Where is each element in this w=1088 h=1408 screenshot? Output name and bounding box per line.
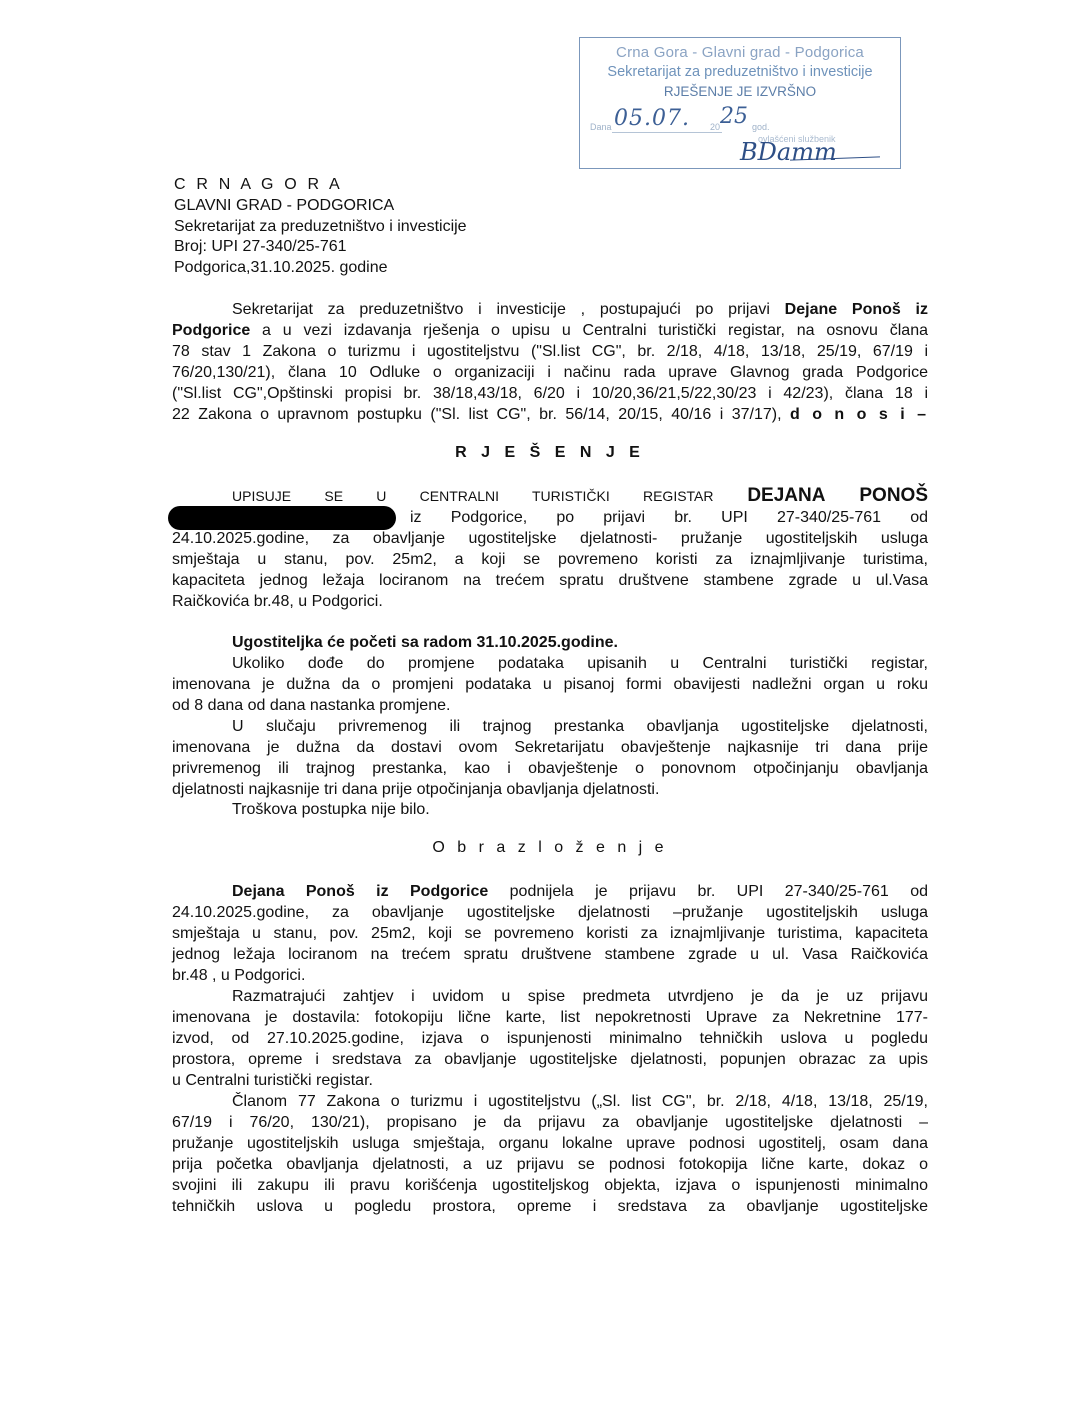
decision-line-6: Raičkovića br.48, u Podgorici.: [172, 592, 928, 612]
reasoning-p3-line-1: Članom 77 Zakona o turizmu i ugostiteljs…: [232, 1092, 928, 1112]
change-line-3: od 8 dana od dana nastanka promjene.: [172, 696, 928, 716]
header-country: C R N A G O R A: [174, 175, 343, 195]
reasoning-p2-line-5: u Centralni turistički registar.: [172, 1071, 928, 1091]
stamp-dana-label: Dana: [590, 122, 612, 132]
reasoning-p1-line-2: 24.10.2025.godine, za obavljanje ugostit…: [172, 903, 928, 923]
stamp-date-underline: [612, 132, 722, 133]
reasoning-p3-line-3: pružanje ugostiteljskih usluga smještaja…: [172, 1134, 928, 1154]
intro-line-5: ("Sl.list CG",Opštinski propisi br. 38/1…: [172, 384, 928, 404]
reasoning-p2-line-1: Razmatrajući zahtjev i uvidom u spise pr…: [232, 987, 928, 1007]
header-place-date: Podgorica,31.10.2025. godine: [174, 258, 388, 278]
intro-line-4: 76/20,130/21), člana 10 Odluke o organiz…: [172, 363, 928, 383]
intro-line-1: Sekretarijat za preduzetništvo i investi…: [232, 300, 928, 320]
reasoning-p1-line-1: Dejana Ponoš iz Podgorice podnijela je p…: [232, 882, 928, 902]
reasoning-p1-line-3: smještaja u stanu, pov. 25m2, koji se po…: [172, 924, 928, 944]
termination-line-1: U slučaju privremenog ili trajnog presta…: [232, 717, 928, 737]
reasoning-p3-line-6: tehničkih uslova u pogledu prostora, opr…: [172, 1197, 928, 1217]
intro-line-3: 78 stav 1 Zakona o turizmu i ugostiteljs…: [172, 342, 928, 362]
reasoning-p3-line-5: svojini ili zakupu ili pravu korišćenja …: [172, 1176, 928, 1196]
termination-line-2: imenovana je dužna da dostavi ovom Sekre…: [172, 738, 928, 758]
start-notice: Ugostiteljka će početi sa radom 31.10.20…: [232, 633, 928, 653]
redacted-block: [168, 506, 396, 530]
change-line-2: imenovana je dužna da o promjeni podatak…: [172, 675, 928, 695]
reasoning-title: O b r a z l o ž e n j e: [172, 838, 928, 858]
header-number: Broj: UPI 27-340/25-761: [174, 237, 347, 257]
reasoning-p2-line-3: izvod, od 27.10.2025.godine, izjava o is…: [172, 1029, 928, 1049]
stamp-handwritten-year: 25: [720, 104, 748, 129]
reasoning-p2-line-2: imenovana je dostavila: fotokopiju lične…: [172, 1008, 928, 1028]
reasoning-p1-line-5: br.48 , u Podgorici.: [172, 966, 928, 986]
decision-line-4: smještaja u stanu, pov. 25m2, a koji se …: [172, 550, 928, 570]
reasoning-p2-line-4: prostora, opreme i sredstava za obavljan…: [172, 1050, 928, 1070]
enforceability-stamp: Crna Gora - Glavni grad - Podgorica Sekr…: [579, 37, 901, 169]
change-line-1: Ukoliko dođe do promjene podataka upisan…: [232, 654, 928, 674]
stamp-line-authority: Crna Gora - Glavni grad - Podgorica: [580, 44, 900, 61]
stamp-line-department: Sekretarijat za preduzetništvo i investi…: [580, 64, 900, 80]
termination-line-3: privremenog ili trajnog prestanka, kao i…: [172, 759, 928, 779]
decision-title: R J E Š E N J E: [172, 443, 928, 463]
decision-line-1: UPISUJE SE U CENTRALNI TURISTIČKI REGIST…: [232, 486, 928, 507]
decision-line-2: iz Podgorice, po prijavi br. UPI 27-340/…: [410, 508, 928, 528]
decision-line-5: kapaciteta jednog ležaja lociranom na tr…: [172, 571, 928, 591]
stamp-signature: BDamm: [740, 138, 837, 166]
costs-statement: Troškova postupka nije bilo.: [232, 800, 928, 820]
decision-line-3: 24.10.2025.godine, za obavljanje ugostit…: [172, 529, 928, 549]
header-city: GLAVNI GRAD - PODGORICA: [174, 196, 394, 216]
header-department: Sekretarijat za preduzetništvo i investi…: [174, 217, 467, 237]
intro-line-2: Podgorice a u vezi izdavanja rješenja o …: [172, 321, 928, 341]
stamp-god-label: god.: [752, 122, 770, 132]
stamp-line-status: RJEŠENJE JE IZVRŠNO: [580, 84, 900, 99]
intro-line-6: 22 Zakona o upravnom postupku ("Sl. list…: [172, 405, 928, 425]
reasoning-p1-line-4: jednog ležaja lociranom na trećem spratu…: [172, 945, 928, 965]
stamp-year-prefix: 20: [710, 122, 720, 132]
reasoning-p3-line-4: prija početka obavljanja djelatnosti, a …: [172, 1155, 928, 1175]
document-page: Crna Gora - Glavni grad - Podgorica Sekr…: [0, 0, 1088, 1408]
stamp-handwritten-date: 05.07.: [614, 106, 690, 131]
termination-line-4: djelatnosti najkasnije tri dana prije ot…: [172, 780, 928, 800]
reasoning-p3-line-2: 67/19 i 76/20, 130/21), propisano je da …: [172, 1113, 928, 1133]
